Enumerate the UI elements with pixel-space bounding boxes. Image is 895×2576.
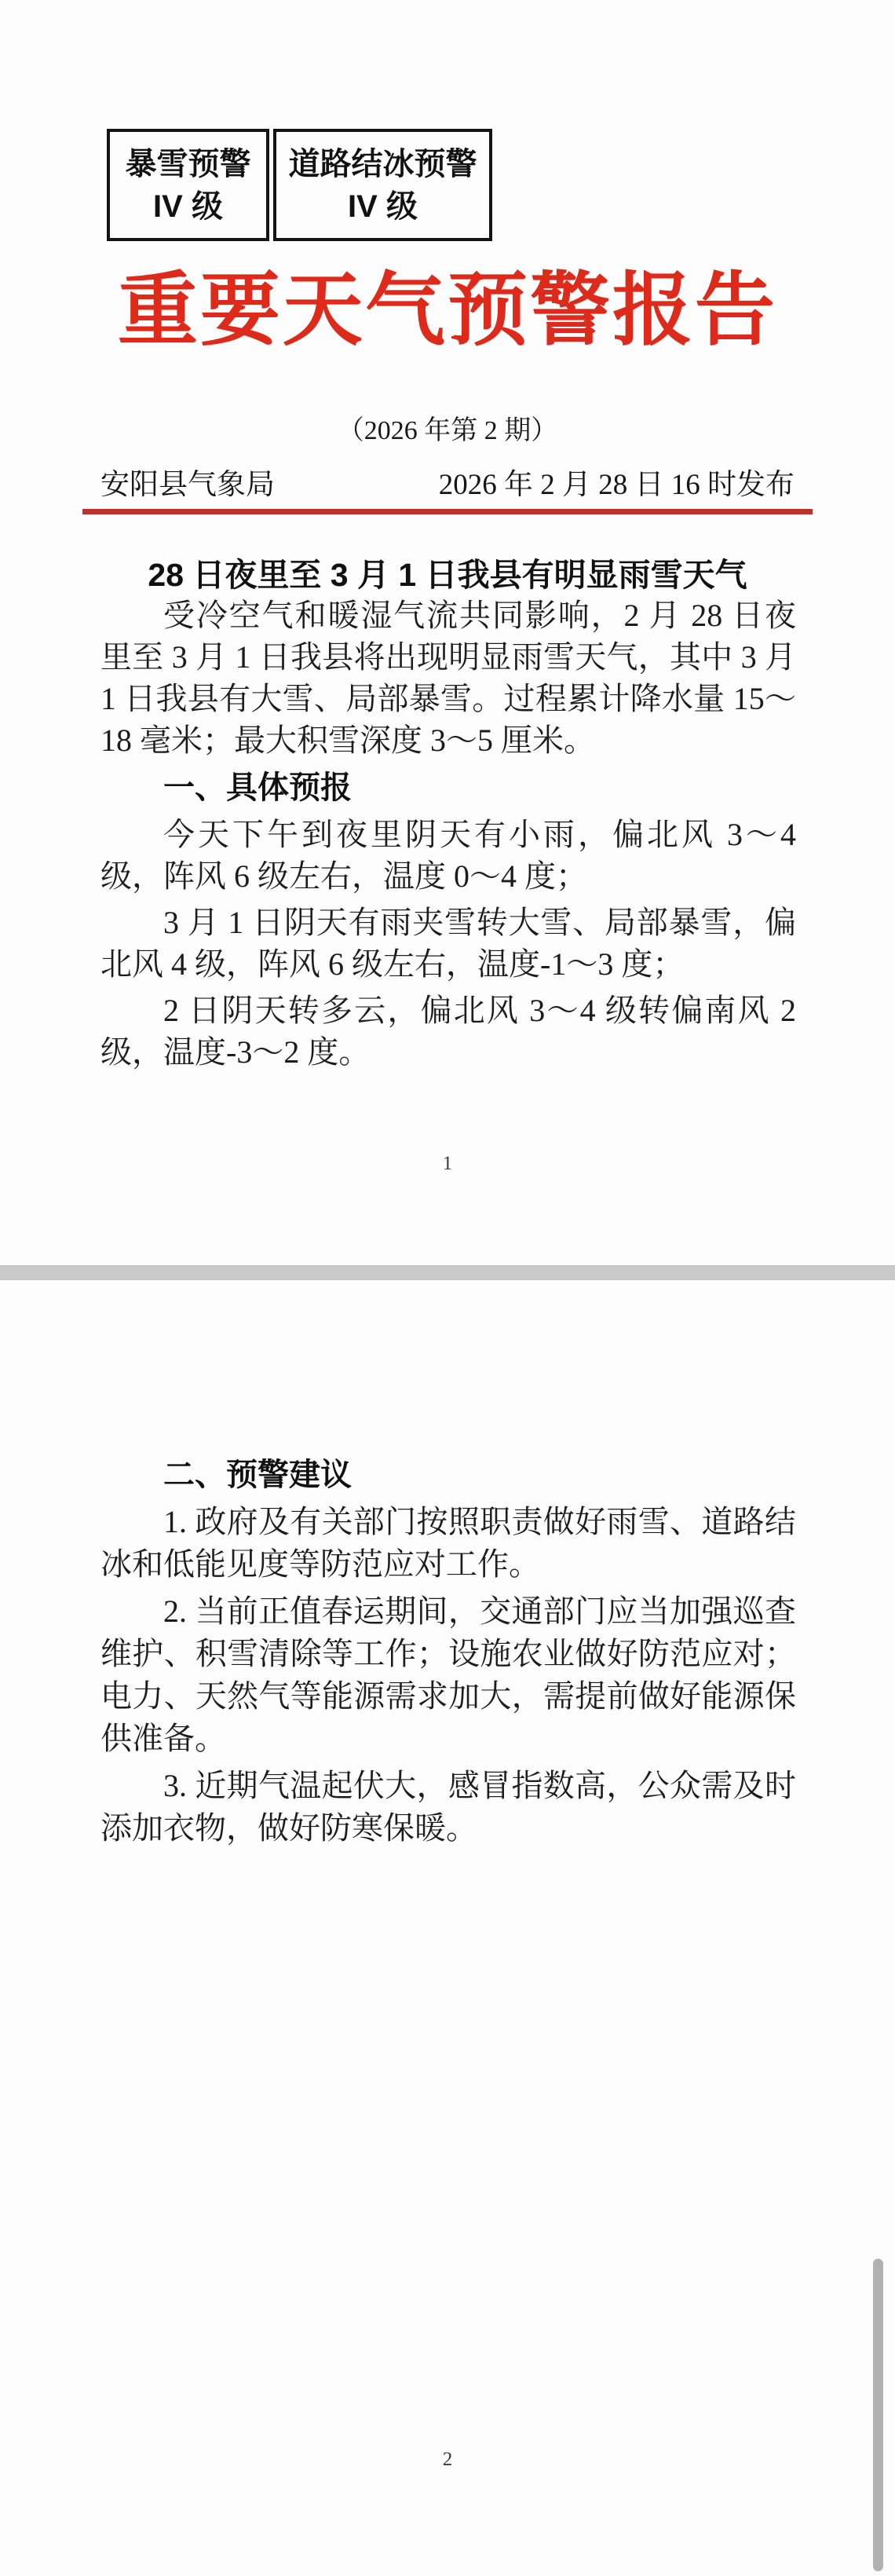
page2-number: 2 bbox=[0, 2449, 895, 2471]
report-title: 重要天气预警报告 bbox=[0, 264, 895, 360]
forecast-item: 2 日阴天转多云，偏北风 3～4 级转偏南风 2 级，温度-3～2 度。 bbox=[100, 990, 796, 1073]
issue-number: （2026 年第 2 期） bbox=[0, 408, 895, 447]
advice-item: 1. 政府及有关部门按照职责做好雨雪、道路结冰和低能见度等防范应对工作。 bbox=[100, 1501, 796, 1586]
intro-paragraph: 受冷空气和暖湿气流共同影响，2 月 28 日夜里至 3 月 1 日我县将出现明显… bbox=[100, 595, 796, 761]
advice-item: 3. 近期气温起伏大，感冒指数高，公众需及时添加衣物，做好防寒保暖。 bbox=[100, 1765, 796, 1850]
warning-badge-road-icing: 道路结冰预警 IV 级 bbox=[273, 129, 492, 241]
scrollbar-thumb[interactable] bbox=[873, 2259, 883, 2571]
page1-body: 受冷空气和暖湿气流共同影响，2 月 28 日夜里至 3 月 1 日我县将出现明显… bbox=[100, 595, 796, 1073]
warning-badge-level: IV 级 bbox=[153, 191, 223, 222]
warning-badge-title: 道路结冰预警 bbox=[289, 148, 477, 180]
issue-datetime: 2026 年 2 月 28 日 16 时发布 bbox=[439, 460, 795, 503]
document-headline: 28 日夜里至 3 月 1 日我县有明显雨雪天气 bbox=[0, 549, 895, 595]
section-title-advice: 二、预警建议 bbox=[100, 1454, 796, 1496]
warning-badge-level: IV 级 bbox=[348, 191, 418, 222]
warning-badge-blizzard: 暴雪预警 IV 级 bbox=[107, 129, 269, 241]
red-divider-rule bbox=[82, 509, 813, 514]
issue-meta-row: 安阳县气象局 2026 年 2 月 28 日 16 时发布 bbox=[100, 460, 795, 503]
page1-number: 1 bbox=[0, 1153, 895, 1175]
issuing-agency: 安阳县气象局 bbox=[100, 460, 275, 503]
warning-badge-title: 暴雪预警 bbox=[126, 148, 251, 180]
page2-body: 二、预警建议 1. 政府及有关部门按照职责做好雨雪、道路结冰和低能见度等防范应对… bbox=[100, 1447, 796, 1850]
advice-item: 2. 当前正值春运期间，交通部门应当加强巡查维护、积雪清除等工作；设施农业做好防… bbox=[100, 1590, 796, 1760]
section-title-forecast: 一、具体预报 bbox=[100, 767, 796, 809]
page-break-divider bbox=[0, 1265, 895, 1280]
forecast-item: 今天下午到夜里阴天有小雨，偏北风 3～4 级，阵风 6 级左右，温度 0～4 度… bbox=[100, 814, 796, 897]
forecast-item: 3 月 1 日阴天有雨夹雪转大雪、局部暴雪，偏北风 4 级，阵风 6 级左右，温… bbox=[100, 902, 796, 985]
document-viewport[interactable]: 暴雪预警 IV 级 道路结冰预警 IV 级 重要天气预警报告 （2026 年第 … bbox=[0, 0, 895, 2576]
warning-badges: 暴雪预警 IV 级 道路结冰预警 IV 级 bbox=[107, 129, 492, 241]
